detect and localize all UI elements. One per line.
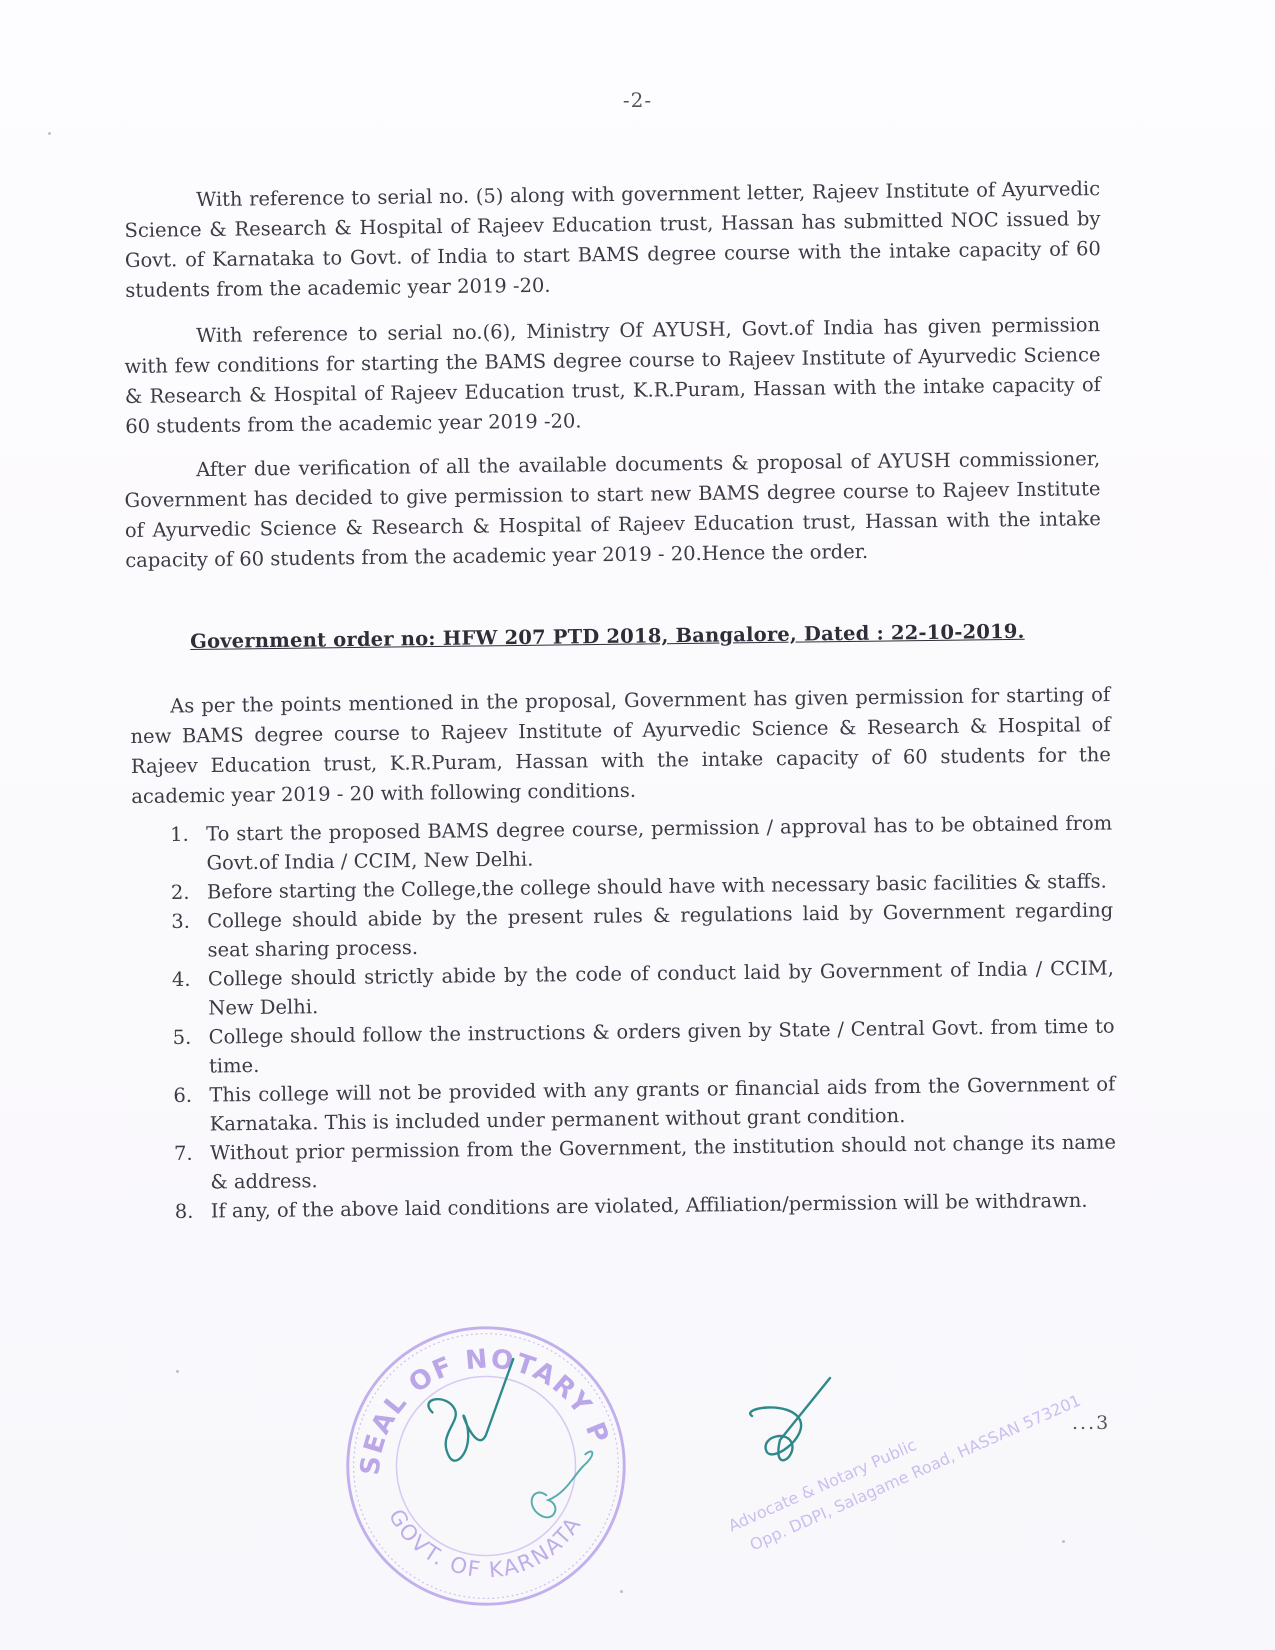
paragraph-serial-5: With reference to serial no. (5) along w… [124,174,1101,306]
paragraph-text: With reference to serial no. (5) along w… [124,174,1101,306]
conditions-list: 1.To start the proposed BAMS degree cour… [170,808,1117,1225]
paragraph-text: As per the points mentioned in the propo… [130,680,1111,812]
seal-top-text: SEAL OF NOTARY PUBLIC [340,1320,615,1477]
svg-text:SEAL OF NOTARY PUBLIC: SEAL OF NOTARY PUBLIC [340,1320,615,1477]
continuation-marker: ...3 [1072,1412,1110,1434]
signature-stroke [750,1378,830,1460]
order-intro-paragraph: As per the points mentioned in the propo… [130,680,1111,812]
paragraph-verification: After due verification of all the availa… [124,444,1101,576]
scan-speck [176,1370,179,1373]
paragraph-serial-6: With reference to serial no.(6), Ministr… [124,310,1101,442]
scan-speck [620,1590,623,1593]
notary-stamp-icon: Advocate & Notary Public Opp. DDPI, Sala… [690,1370,1090,1570]
government-order-heading: Government order no: HFW 207 PTD 2018, B… [190,620,1025,653]
page-number: -2- [0,88,1275,112]
paragraph-text: With reference to serial no.(6), Ministr… [124,310,1101,442]
document-page: -2- With reference to serial no. (5) alo… [0,0,1275,1650]
scan-speck [1062,1540,1065,1543]
paragraph-text: After due verification of all the availa… [124,444,1101,576]
notary-seal-icon: SEAL OF NOTARY PUBLIC GOVT. OF KARNATAKA [340,1320,632,1612]
scan-speck [48,132,51,135]
